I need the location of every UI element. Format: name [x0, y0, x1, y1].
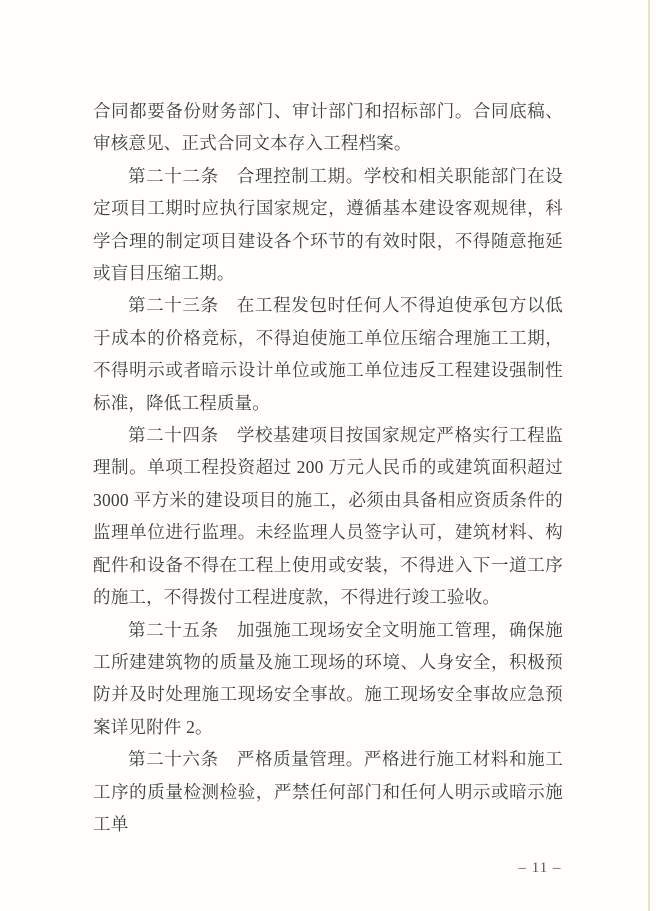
document-body: 合同都要备份财务部门、审计部门和招标部门。合同底稿、审核意见、正式合同文本存入工… [93, 95, 563, 840]
page-number: – 11 – [500, 860, 580, 877]
paragraph-article-23: 第二十三条 在工程发包时任何人不得迫使承包方以低于成本的价格竞标，不得迫使施工单… [93, 289, 563, 419]
paragraph-article-25: 第二十五条 加强施工现场安全文明施工管理，确保施工所建建筑物的质量及施工现场的环… [93, 614, 563, 744]
paragraph-article-24: 第二十四条 学校基建项目按国家规定严格实行工程监理制。单项工程投资超过 200 … [93, 419, 563, 613]
scan-edge-artifact [648, 0, 650, 911]
document-page: 合同都要备份财务部门、审计部门和招标部门。合同底稿、审核意见、正式合同文本存入工… [0, 0, 656, 911]
paragraph-article-22: 第二十二条 合理控制工期。学校和相关职能部门在设定项目工期时应执行国家规定，遵循… [93, 160, 563, 290]
paragraph-article-26: 第二十六条 严格质量管理。严格进行施工材料和施工工序的质量检测检验，严禁任何部门… [93, 743, 563, 840]
paragraph-contract-filing: 合同都要备份财务部门、审计部门和招标部门。合同底稿、审核意见、正式合同文本存入工… [93, 95, 563, 160]
